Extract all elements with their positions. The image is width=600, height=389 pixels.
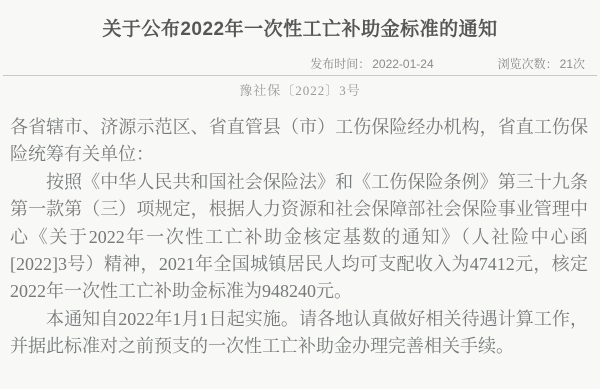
body-paragraph-2: 本通知自2022年1月1日起实施。请各地认真做好相关待遇计算工作，并据此标准对之…: [10, 306, 588, 361]
publish-time-value: 2022-01-24: [372, 57, 433, 71]
publish-time-label: 发布时间：: [310, 57, 370, 71]
meta-row: 发布时间：2022-01-24 浏览次数：21次: [0, 57, 600, 71]
header-divider: [3, 75, 597, 76]
view-count-label: 浏览次数：: [498, 57, 558, 71]
document-body: 各省辖市、济源示范区、省直管县（市）工伤保险经办机构，省直工伤保险统筹有关单位：…: [10, 114, 588, 361]
document-number: 豫社保〔2022〕3号: [0, 82, 600, 99]
salutation-paragraph: 各省辖市、济源示范区、省直管县（市）工伤保险经办机构，省直工伤保险统筹有关单位：: [10, 114, 588, 169]
view-count-value: 21次: [560, 57, 585, 71]
body-paragraph-1: 按照《中华人民共和国社会保险法》和《工伤保险条例》第三十九条第一款第（三）项规定…: [10, 169, 588, 306]
page-title: 关于公布2022年一次性工亡补助金标准的通知: [0, 17, 600, 42]
view-count-group: 浏览次数：21次: [498, 57, 585, 71]
notice-document-page: 关于公布2022年一次性工亡补助金标准的通知 发布时间：2022-01-24 浏…: [0, 0, 600, 389]
publish-time-group: 发布时间：2022-01-24: [310, 57, 433, 71]
